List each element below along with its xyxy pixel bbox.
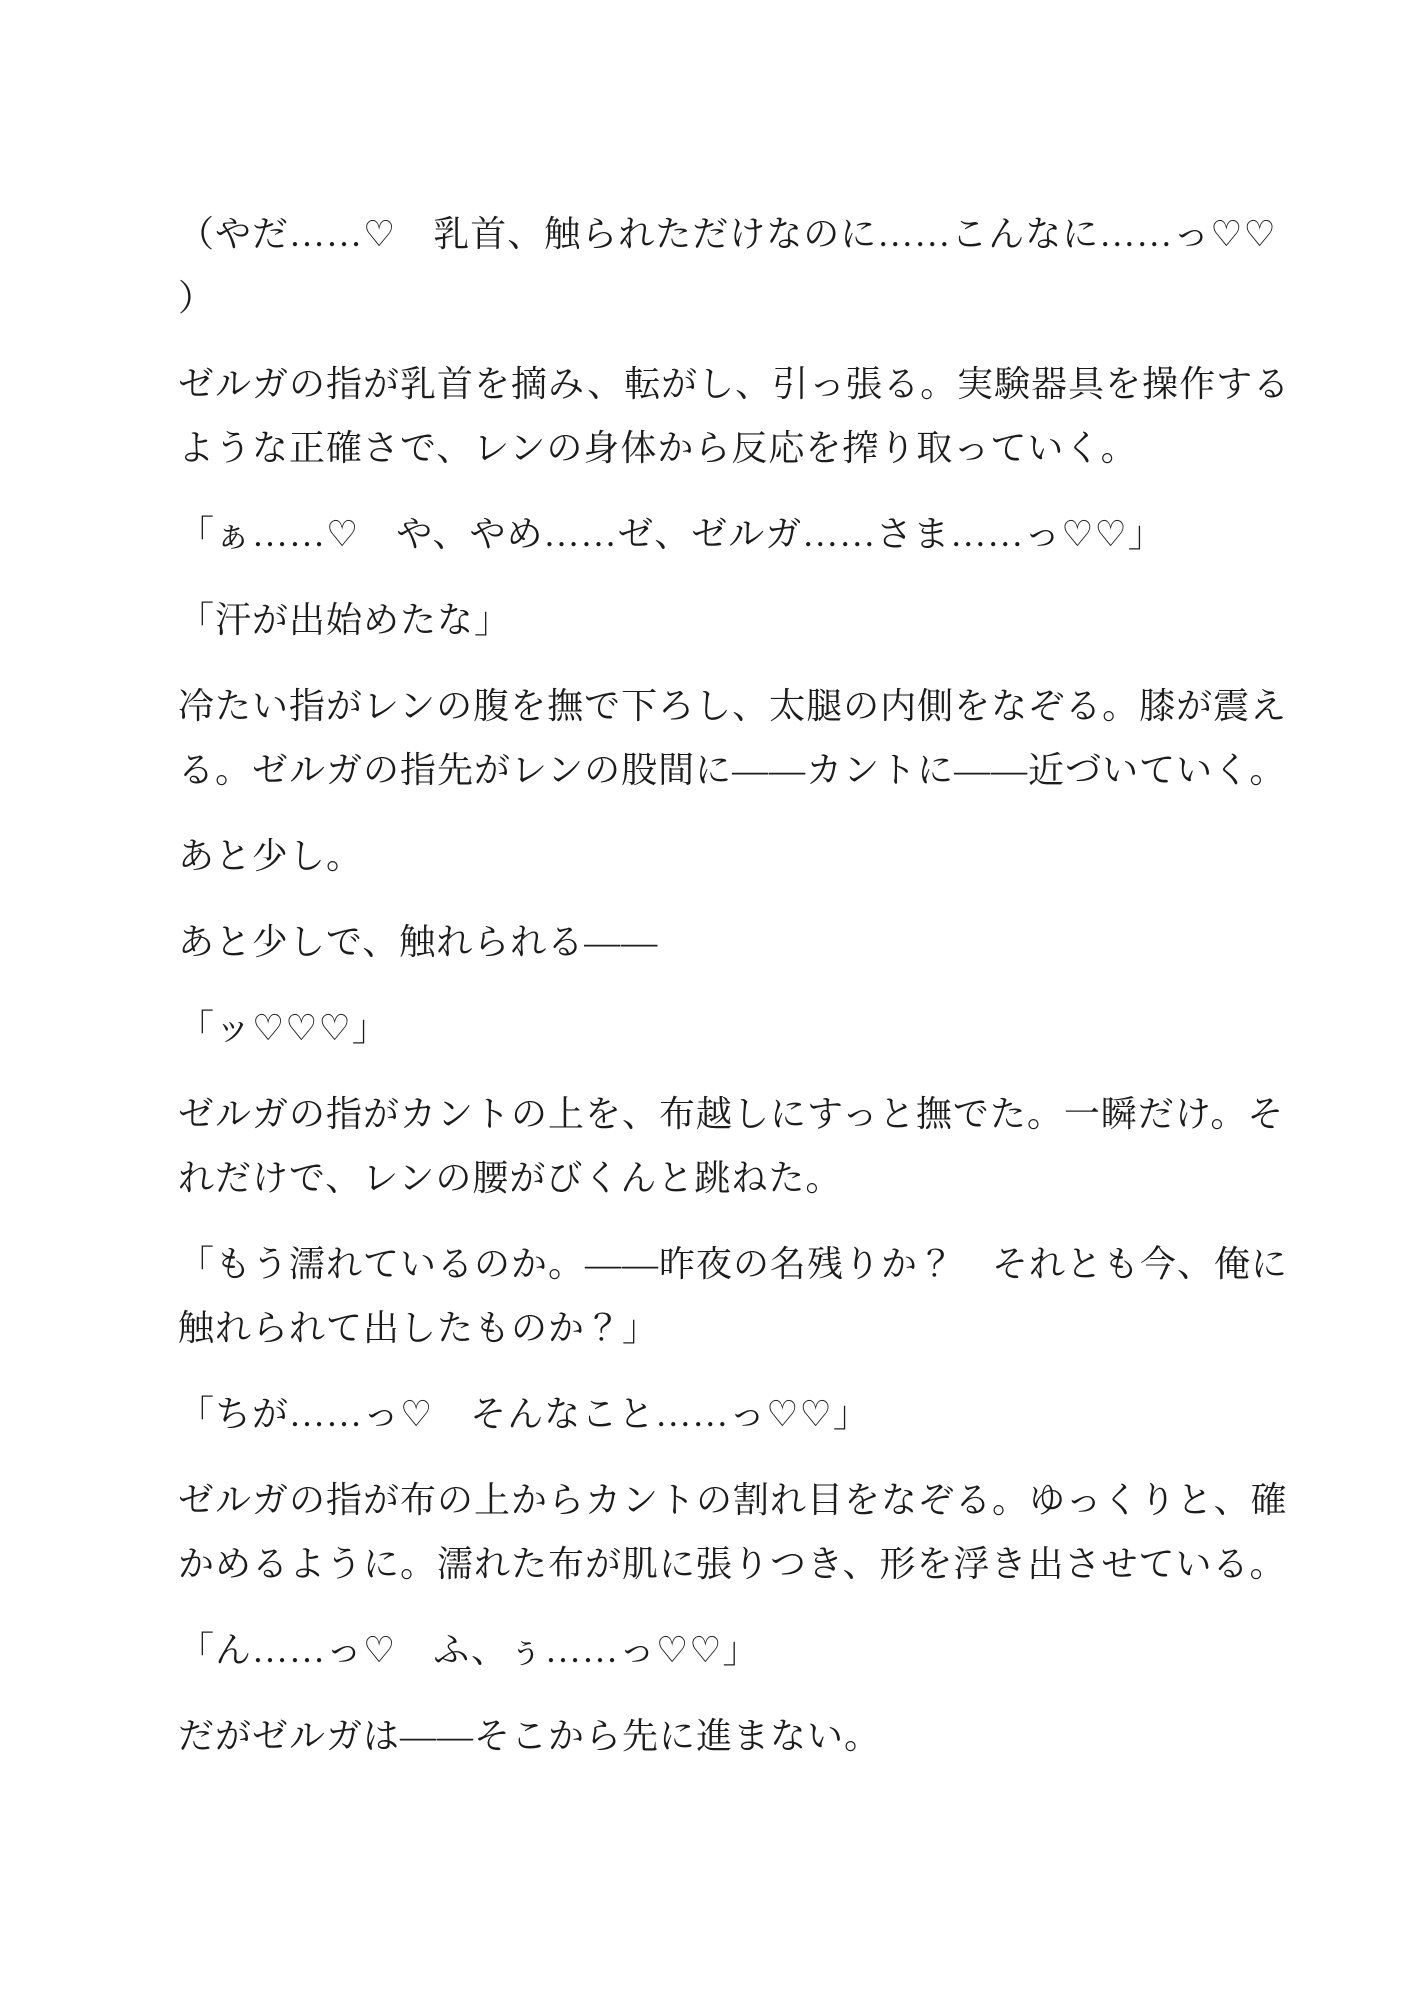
paragraph: ゼルガの指がカントの上を、布越しにすっと撫でた。一瞬だけ。そ れだけで、レンの腰… bbox=[178, 1082, 1258, 1210]
text-line: 触れられて出したものか？」 bbox=[178, 1296, 1258, 1360]
text-line: 「汗が出始めたな」 bbox=[178, 588, 1258, 652]
text-line: ） bbox=[178, 266, 1258, 330]
document-page: （やだ……♡ 乳首、触られただけなのに……こんなに……っ♡♡ ） ゼルガの指が乳… bbox=[0, 0, 1415, 2000]
text-line: かめるように。濡れた布が肌に張りつき、形を浮き出させている。 bbox=[178, 1532, 1258, 1596]
paragraph: 「ぁ……♡ や、やめ……ゼ、ゼルガ……さま……っ♡♡」 bbox=[178, 502, 1258, 566]
text-line: れだけで、レンの腰がびくんと跳ねた。 bbox=[178, 1146, 1258, 1210]
text-line: ゼルガの指が布の上からカントの割れ目をなぞる。ゆっくりと、確 bbox=[178, 1468, 1258, 1532]
paragraph: 冷たい指がレンの腹を撫で下ろし、太腿の内側をなぞる。膝が震え る。ゼルガの指先が… bbox=[178, 674, 1258, 802]
paragraph: （やだ……♡ 乳首、触られただけなのに……こんなに……っ♡♡ ） bbox=[178, 202, 1258, 330]
text-line: （やだ……♡ 乳首、触られただけなのに……こんなに……っ♡♡ bbox=[178, 202, 1258, 266]
text-line: 「ん……っ♡ ふ、ぅ……っ♡♡」 bbox=[178, 1618, 1258, 1682]
text-line: ゼルガの指がカントの上を、布越しにすっと撫でた。一瞬だけ。そ bbox=[178, 1082, 1258, 1146]
text-line: 冷たい指がレンの腹を撫で下ろし、太腿の内側をなぞる。膝が震え bbox=[178, 674, 1258, 738]
text-line: 「もう濡れているのか。――昨夜の名残りか？ それとも今、俺に bbox=[178, 1232, 1258, 1296]
paragraph: 「汗が出始めたな」 bbox=[178, 588, 1258, 652]
paragraph: ゼルガの指が布の上からカントの割れ目をなぞる。ゆっくりと、確 かめるように。濡れ… bbox=[178, 1468, 1258, 1596]
text-line: あと少し。 bbox=[178, 824, 1258, 888]
paragraph: だがゼルガは――そこから先に進まない。 bbox=[178, 1704, 1258, 1768]
paragraph: 「ん……っ♡ ふ、ぅ……っ♡♡」 bbox=[178, 1618, 1258, 1682]
text-line: だがゼルガは――そこから先に進まない。 bbox=[178, 1704, 1258, 1768]
text-line: 「ちが……っ♡ そんなこと……っ♡♡」 bbox=[178, 1382, 1258, 1446]
text-line: ゼルガの指が乳首を摘み、転がし、引っ張る。実験器具を操作する bbox=[178, 352, 1258, 416]
text-line: 「ぁ……♡ や、やめ……ゼ、ゼルガ……さま……っ♡♡」 bbox=[178, 502, 1258, 566]
paragraph: あと少し。 bbox=[178, 824, 1258, 888]
paragraph: 「ちが……っ♡ そんなこと……っ♡♡」 bbox=[178, 1382, 1258, 1446]
text-line: る。ゼルガの指先がレンの股間に――カントに――近づいていく。 bbox=[178, 738, 1258, 802]
paragraph: 「もう濡れているのか。――昨夜の名残りか？ それとも今、俺に 触れられて出したも… bbox=[178, 1232, 1258, 1360]
paragraph: 「ッ♡♡♡」 bbox=[178, 996, 1258, 1060]
paragraph: ゼルガの指が乳首を摘み、転がし、引っ張る。実験器具を操作する ような正確さで、レ… bbox=[178, 352, 1258, 480]
text-line: 「ッ♡♡♡」 bbox=[178, 996, 1258, 1060]
paragraph: あと少しで、触れられる―― bbox=[178, 910, 1258, 974]
text-line: あと少しで、触れられる―― bbox=[178, 910, 1258, 974]
text-line: ような正確さで、レンの身体から反応を搾り取っていく。 bbox=[178, 416, 1258, 480]
